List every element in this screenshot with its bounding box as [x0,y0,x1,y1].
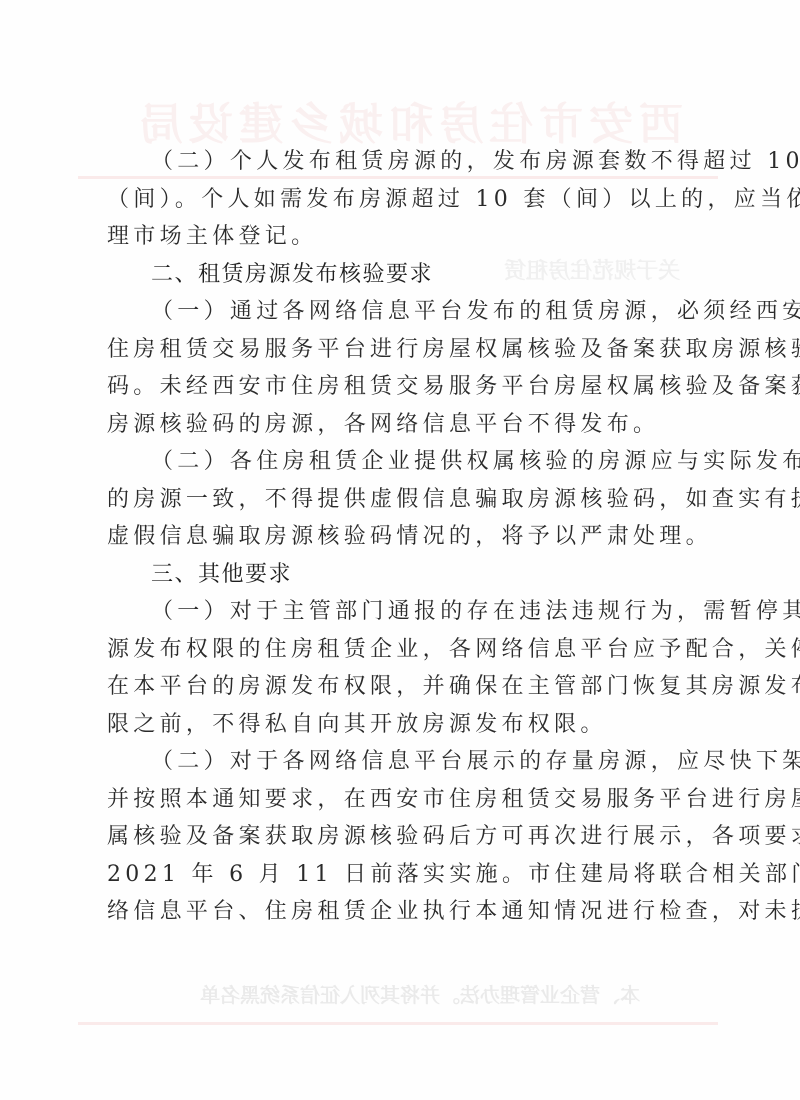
paragraph-line: 限之前，不得私自向其开放房源发布权限。 [107,706,691,744]
bleed-through-footer-text: 本、营企业管理办法。并将其列入征信系统黑名单 [200,980,640,1010]
section-heading-2: 二、租赁房源发布核验要求 [107,256,691,294]
paragraph-line: 并按照本通知要求，在西安市住房租赁交易服务平台进行房屋权 [107,781,691,819]
paragraph-line: （间）。个人如需发布房源超过 10 套（间）以上的，应当依法办 [107,181,691,219]
paragraph-line: （二）个人发布租赁房源的，发布房源套数不得超过 10 套 [107,143,691,181]
paragraph-line: 属核验及备案获取房源核验码后方可再次进行展示，各项要求于 [107,818,691,856]
scanned-document-page: 西安市住房和城乡建设局 关于规范住房租赁 本、营企业管理办法。并将其列入征信系统… [0,0,800,1100]
paragraph-line: 住房租赁交易服务平台进行房屋权属核验及备案获取房源核验 [107,331,691,369]
paragraph-line: 房源核验码的房源，各网络信息平台不得发布。 [107,406,691,444]
paragraph-line: （二）各住房租赁企业提供权属核验的房源应与实际发布 [107,443,691,481]
paragraph-line: 虚假信息骗取房源核验码情况的，将予以严肃处理。 [107,518,691,556]
bleed-through-red-rule-bottom [78,1022,718,1025]
paragraph-line: 源发布权限的住房租赁企业，各网络信息平台应予配合，关停其 [107,631,691,669]
paragraph-line: 在本平台的房源发布权限，并确保在主管部门恢复其房源发布权 [107,668,691,706]
section-heading-3: 三、其他要求 [107,556,691,594]
paragraph-line: （二）对于各网络信息平台展示的存量房源，应尽快下架， [107,743,691,781]
document-body: （二）个人发布租赁房源的，发布房源套数不得超过 10 套 （间）。个人如需发布房… [107,143,691,931]
paragraph-line: 的房源一致，不得提供虚假信息骗取房源核验码，如查实有提供 [107,481,691,519]
paragraph-line: 码。未经西安市住房租赁交易服务平台房屋权属核验及备案获取 [107,368,691,406]
paragraph-line: （一）对于主管部门通报的存在违法违规行为，需暂停其房 [107,593,691,631]
paragraph-line: （一）通过各网络信息平台发布的租赁房源，必须经西安市 [107,293,691,331]
paragraph-line: 络信息平台、住房租赁企业执行本通知情况进行检查，对未执行 [107,893,691,931]
paragraph-line: 理市场主体登记。 [107,218,691,256]
paragraph-line: 2021 年 6 月 11 日前落实实施。市住建局将联合相关部门对各网 [107,856,691,894]
